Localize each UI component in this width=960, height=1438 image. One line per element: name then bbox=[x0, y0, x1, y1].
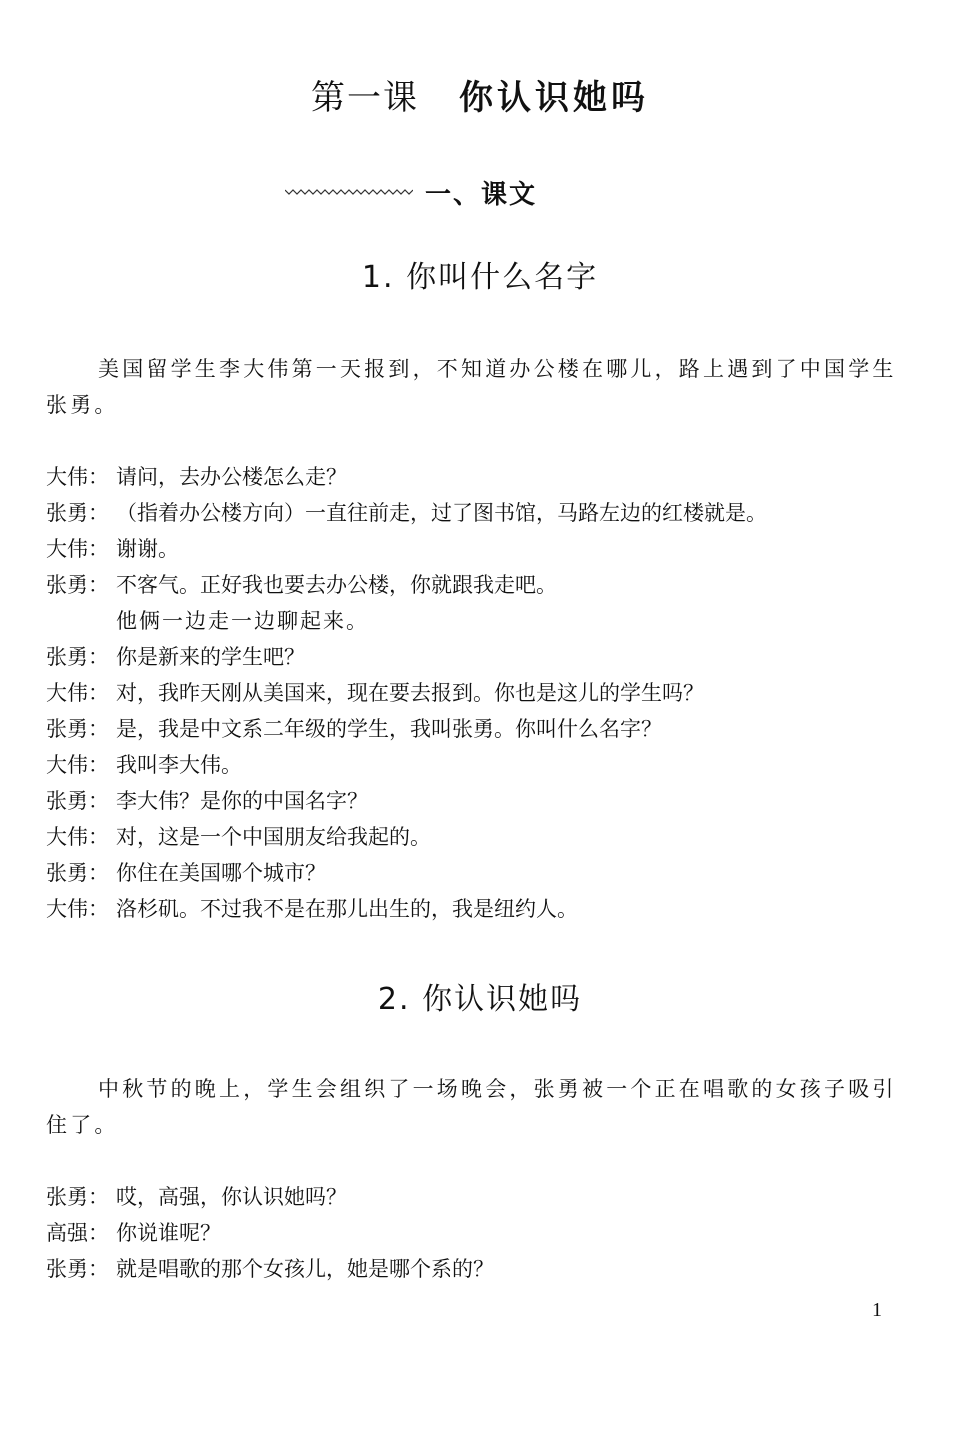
text-1-heading: 1. 你叫什么名字 bbox=[0, 258, 960, 298]
speaker: 张勇： bbox=[46, 855, 116, 891]
speaker: 张勇： bbox=[46, 567, 116, 603]
speaker: 大伟： bbox=[46, 747, 116, 783]
speaker: 张勇： bbox=[46, 783, 116, 819]
utterance: 不客气。正好我也要去办公楼，你就跟我走吧。 bbox=[116, 573, 557, 597]
section-label: 一、课文 bbox=[425, 174, 537, 211]
dialogue-line: 高强：你说谁呢？ bbox=[46, 1215, 926, 1251]
lesson-name: 你认识她吗 bbox=[459, 78, 649, 118]
dialogue-line: 张勇：不客气。正好我也要去办公楼，你就跟我走吧。 bbox=[46, 567, 926, 603]
utterance: 李大伟？是你的中国名字？ bbox=[116, 789, 368, 813]
dialogue-line: 张勇：你是新来的学生吧？ bbox=[46, 639, 926, 675]
text-2-narration: 中秋节的晚上，学生会组织了一场晚会，张勇被一个正在唱歌的女孩子吸引住了。 bbox=[46, 1071, 918, 1143]
text-1-dialogue: 大伟：请问，去办公楼怎么走？ 张勇：（指着办公楼方向）一直往前走，过了图书馆，马… bbox=[46, 459, 926, 927]
speaker: 张勇： bbox=[46, 1251, 116, 1287]
utterance: 对，这是一个中国朋友给我起的。 bbox=[116, 825, 431, 849]
utterance: （指着办公楼方向）一直往前走，过了图书馆，马路左边的红楼就是。 bbox=[116, 501, 767, 525]
speaker: 张勇： bbox=[46, 639, 116, 675]
dialogue-line: 大伟：洛杉矶。不过我不是在那儿出生的，我是纽约人。 bbox=[46, 891, 926, 927]
utterance: 对，我昨天刚从美国来，现在要去报到。你也是这儿的学生吗？ bbox=[116, 681, 704, 705]
dialogue-line: 张勇：就是唱歌的那个女孩儿，她是哪个系的？ bbox=[46, 1251, 926, 1287]
text-2-dialogue: 张勇：哎，高强，你认识她吗？ 高强：你说谁呢？ 张勇：就是唱歌的那个女孩儿，她是… bbox=[46, 1179, 926, 1287]
utterance: 请问，去办公楼怎么走？ bbox=[116, 465, 347, 489]
utterance: 你说谁呢？ bbox=[116, 1221, 221, 1245]
dialogue-line: 张勇：（指着办公楼方向）一直往前走，过了图书馆，马路左边的红楼就是。 bbox=[46, 495, 926, 531]
dialogue-line: 张勇：哎，高强，你认识她吗？ bbox=[46, 1179, 926, 1215]
utterance: 是，我是中文系二年级的学生，我叫张勇。你叫什么名字？ bbox=[116, 717, 662, 741]
section-heading: 一、课文 bbox=[285, 172, 537, 212]
speaker: 张勇： bbox=[46, 711, 116, 747]
dialogue-line: 张勇：是，我是中文系二年级的学生，我叫张勇。你叫什么名字？ bbox=[46, 711, 926, 747]
utterance: 谢谢。 bbox=[116, 537, 179, 561]
speaker: 高强： bbox=[46, 1215, 116, 1251]
utterance: 洛杉矶。不过我不是在那儿出生的，我是纽约人。 bbox=[116, 897, 578, 921]
dialogue-line: 张勇：李大伟？是你的中国名字？ bbox=[46, 783, 926, 819]
speaker: 大伟： bbox=[46, 459, 116, 495]
text-1-narration: 美国留学生李大伟第一天报到，不知道办公楼在哪儿，路上遇到了中国学生张勇。 bbox=[46, 351, 918, 423]
speaker: 大伟： bbox=[46, 675, 116, 711]
utterance: 你是新来的学生吧？ bbox=[116, 645, 305, 669]
dialogue-line: 大伟：对，我昨天刚从美国来，现在要去报到。你也是这儿的学生吗？ bbox=[46, 675, 926, 711]
dialogue-line: 大伟：请问，去办公楼怎么走？ bbox=[46, 459, 926, 495]
speaker: 大伟： bbox=[46, 819, 116, 855]
utterance: 哎，高强，你认识她吗？ bbox=[116, 1185, 347, 1209]
text-2-heading: 2. 你认识她吗 bbox=[0, 980, 960, 1020]
speaker: 大伟： bbox=[46, 891, 116, 927]
utterance: 就是唱歌的那个女孩儿，她是哪个系的？ bbox=[116, 1257, 494, 1281]
lesson-number: 第一课 bbox=[311, 78, 419, 118]
lesson-title: 第一课你认识她吗 bbox=[0, 76, 960, 120]
dialogue-line: 张勇：你住在美国哪个城市？ bbox=[46, 855, 926, 891]
zigzag-line-icon bbox=[285, 187, 413, 197]
page-number: 1 bbox=[872, 1296, 882, 1324]
speaker: 张勇： bbox=[46, 1179, 116, 1215]
utterance: 我叫李大伟。 bbox=[116, 753, 242, 777]
speaker: 大伟： bbox=[46, 531, 116, 567]
utterance: 你住在美国哪个城市？ bbox=[116, 861, 326, 885]
stage-direction: 他俩一边走一边聊起来。 bbox=[46, 603, 926, 639]
dialogue-line: 大伟：我叫李大伟。 bbox=[46, 747, 926, 783]
dialogue-line: 大伟：谢谢。 bbox=[46, 531, 926, 567]
speaker: 张勇： bbox=[46, 495, 116, 531]
dialogue-line: 大伟：对，这是一个中国朋友给我起的。 bbox=[46, 819, 926, 855]
